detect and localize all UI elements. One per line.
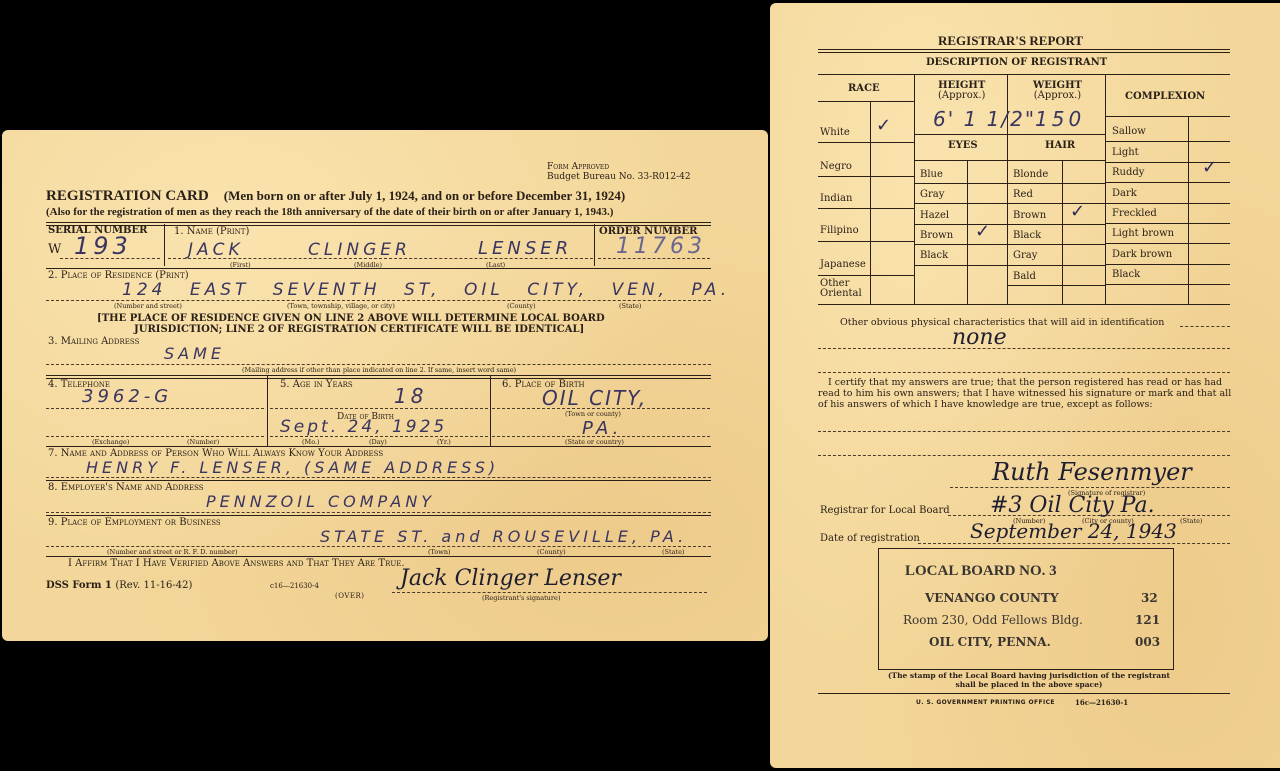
serial-prefix: W <box>48 242 61 257</box>
dashed-line <box>168 258 593 259</box>
checkmark-icon: ✓ <box>876 115 891 136</box>
divider <box>1105 284 1230 285</box>
stamp-line-3: Room 230, Odd Fellows Bldg. <box>903 613 1083 627</box>
height-value: 6' 1 1/2" <box>933 107 1036 131</box>
checkmark-icon: ✓ <box>975 221 990 242</box>
complexion-dark-brown: Dark brown <box>1112 249 1172 260</box>
registrant-signature: Jack Clinger Lenser <box>400 566 621 591</box>
stamp-line-2-number: 32 <box>1141 591 1158 605</box>
divider <box>914 160 1105 161</box>
hair-brown: Brown <box>1013 210 1046 221</box>
dashed-line <box>46 477 711 478</box>
complexion-dark: Dark <box>1112 188 1137 199</box>
hair-bald: Bald <box>1013 271 1036 282</box>
local-board-label: Registrar for Local Board <box>820 505 950 516</box>
divider <box>1105 141 1230 142</box>
caption-town-county: (Town or county) <box>565 410 621 418</box>
name-first: JACK <box>188 240 244 260</box>
divider <box>1105 264 1230 265</box>
card-title: REGISTRATION CARD <box>46 188 209 204</box>
name-last: LENSER <box>478 238 572 259</box>
divider <box>1007 244 1105 245</box>
dashed-line <box>46 512 711 513</box>
divider <box>594 224 595 266</box>
height-header: HEIGHT (Approx.) <box>938 81 985 101</box>
divider <box>1007 224 1105 225</box>
complexion-black: Black <box>1112 269 1140 280</box>
complexion-light-brown: Light brown <box>1112 228 1174 239</box>
gpo-code: 16c—21630-1 <box>1075 698 1128 707</box>
eyes-brown: Brown <box>920 230 953 241</box>
divider <box>1105 116 1230 117</box>
divider <box>914 74 915 304</box>
checkmark-icon: ✓ <box>1070 201 1085 222</box>
divider <box>1105 182 1230 183</box>
caption-state-country: (State or country) <box>565 438 624 446</box>
stamp-line-2: VENANGO COUNTY <box>925 591 1059 605</box>
complexion-light: Light <box>1112 147 1139 158</box>
stamp-note-line-1: (The stamp of the Local Board having jur… <box>876 671 1182 680</box>
other-characteristics-value: none <box>952 325 1007 350</box>
certification-statement: I certify that my answers are true; that… <box>818 377 1233 410</box>
dob-value: Sept. 24, 1925 <box>280 417 447 437</box>
local-board-stamp: LOCAL BOARD NO. 3 VENANGO COUNTY 32 Room… <box>878 548 1174 670</box>
stamp-line-4: OIL CITY, PENNA. <box>929 635 1051 649</box>
residence-value: 124 EAST SEVENTH ST, OIL CITY, VEN, PA. <box>122 280 730 300</box>
divider <box>870 101 871 304</box>
form-id: DSS Form 1 (Rev. 11-16-42) <box>46 580 192 591</box>
divider <box>818 304 1230 305</box>
divider <box>818 101 914 102</box>
stamp-line-4-number: 003 <box>1135 635 1160 649</box>
dashed-line <box>492 436 710 437</box>
birthplace-town: OIL CITY, <box>542 386 647 410</box>
divider <box>46 446 711 447</box>
divider <box>1007 203 1105 204</box>
contact-value: HENRY F. LENSER, (SAME ADDRESS) <box>86 458 499 477</box>
divider <box>818 693 1230 694</box>
residence-note-2: JURISDICTION; LINE 2 OF REGISTRATION CER… <box>134 324 584 335</box>
stamp-note-line-2: shall be placed in the above space) <box>876 680 1182 689</box>
race-other-oriental: Other Oriental <box>820 279 872 299</box>
local-board-value: #3 Oil City Pa. <box>990 493 1155 518</box>
divider <box>818 176 914 177</box>
print-code: c16—21630-4 <box>270 582 319 590</box>
weight-header: WEIGHT (Approx.) <box>1033 81 1082 101</box>
race-white: White <box>820 127 850 138</box>
divider <box>1062 160 1063 304</box>
hair-header: HAIR <box>1045 140 1075 151</box>
form-approved-label: Form Approved <box>547 162 691 172</box>
caption-year: (Yr.) <box>437 438 451 446</box>
caption-town: (Town, township, village, or city) <box>287 302 395 310</box>
caption-rfd: (Number and street or R. F. D. number) <box>107 548 238 556</box>
employer-value: PENNZOIL COMPANY <box>206 492 435 511</box>
caption-state: (State) <box>619 302 641 310</box>
divider <box>818 74 1230 75</box>
divider <box>914 183 1009 184</box>
hair-black: Black <box>1013 230 1041 241</box>
race-filipino: Filipino <box>820 225 859 236</box>
complexion-header: COMPLEXION <box>1125 91 1205 102</box>
caption-signature: (Registrant's signature) <box>482 594 560 602</box>
date-of-registration-value: September 24, 1943 <box>970 519 1177 543</box>
eyes-blue: Blue <box>920 169 943 180</box>
divider <box>914 203 1009 204</box>
divider <box>818 142 914 143</box>
caption-number: (Number) <box>187 438 219 446</box>
employer-label: 8. Employer's Name and Address <box>48 482 204 493</box>
dashed-line <box>46 300 711 301</box>
dashed-line <box>60 258 160 259</box>
dashed-line <box>270 436 488 437</box>
complexion-ruddy: Ruddy <box>1112 167 1144 178</box>
caption-number-street: (Number and street) <box>114 302 182 310</box>
eyes-header: EYES <box>948 140 978 151</box>
card-title-row: REGISTRATION CARD (Men born on or after … <box>46 185 625 205</box>
name-label: 1. Name (Print) <box>174 226 249 237</box>
divider <box>914 244 1009 245</box>
race-japanese: Japanese <box>820 259 866 270</box>
caption-state: (State) <box>1180 517 1202 525</box>
dashed-line <box>598 258 710 259</box>
name-middle: CLINGER <box>308 240 411 260</box>
divider <box>46 375 711 379</box>
eyes-gray: Gray <box>920 189 944 200</box>
form-revision: (Rev. 11-16-42) <box>115 580 192 591</box>
dashed-line <box>818 348 1230 349</box>
dashed-line <box>392 592 707 593</box>
divider <box>1105 74 1106 304</box>
divider <box>1105 243 1230 244</box>
caption-exchange: (Exchange) <box>92 438 129 446</box>
employment-label: 9. Place of Employment or Business <box>48 517 221 528</box>
age-label: 5. Age in Years <box>280 379 353 390</box>
divider <box>164 224 165 266</box>
divider <box>967 160 968 304</box>
complexion-freckled: Freckled <box>1112 208 1157 219</box>
dashed-line <box>46 408 264 409</box>
hair-gray: Gray <box>1013 250 1037 261</box>
divider <box>46 268 711 269</box>
weight-approx: (Approx.) <box>1033 91 1082 101</box>
mailing-address-label: 3. Mailing Address <box>48 336 139 347</box>
divider <box>46 515 711 516</box>
budget-bureau-number: Budget Bureau No. 33-R012-42 <box>547 172 691 182</box>
divider <box>1007 265 1105 266</box>
age-value: 18 <box>394 384 427 408</box>
form-id-label: DSS Form 1 <box>46 580 112 591</box>
dashed-line <box>950 487 1230 488</box>
card-title-sub: (Men born on or after July 1, 1924, and … <box>224 188 625 203</box>
checkmark-icon: ✓ <box>1202 157 1217 178</box>
mailing-caption: (Mailing address if other than place ind… <box>242 366 516 374</box>
hair-blonde: Blonde <box>1013 169 1048 180</box>
dashed-line <box>492 408 710 409</box>
caption-month: (Mo.) <box>302 438 320 446</box>
divider <box>267 376 268 446</box>
divider <box>1105 203 1230 204</box>
divider <box>818 49 1230 53</box>
dashed-line <box>818 372 1230 373</box>
caption-county-2: (County) <box>537 548 566 556</box>
divider <box>46 480 711 481</box>
form-approved: Form Approved Budget Bureau No. 33-R012-… <box>547 162 691 182</box>
employment-value: STATE ST. and ROUSEVILLE, PA. <box>320 527 687 546</box>
telephone-value: 3962-G <box>82 386 172 407</box>
race-negro: Negro <box>820 161 852 172</box>
stamp-line-3-number: 121 <box>1135 613 1160 627</box>
over-label: (OVER) <box>335 592 365 600</box>
divider <box>818 208 914 209</box>
residence-note-1: [THE PLACE OF RESIDENCE GIVEN ON LINE 2 … <box>97 313 605 324</box>
weight-value: 150 <box>1035 107 1085 131</box>
serial-number-value: 193 <box>74 232 132 260</box>
dashed-line <box>46 364 711 365</box>
eyes-hazel: Hazel <box>920 210 949 221</box>
stamp-note: (The stamp of the Local Board having jur… <box>876 671 1182 689</box>
caption-county: (County) <box>507 302 536 310</box>
divider <box>818 275 914 276</box>
complexion-sallow: Sallow <box>1112 126 1146 137</box>
report-subtitle: DESCRIPTION OF REGISTRANT <box>926 57 1107 68</box>
dashed-line <box>818 431 1230 432</box>
divider <box>1105 223 1230 224</box>
mailing-address-value: SAME <box>164 344 225 363</box>
dashed-line <box>918 543 1230 544</box>
hair-red: Red <box>1013 189 1033 200</box>
caption-day: (Day) <box>369 438 387 446</box>
stamp-line-1: LOCAL BOARD NO. 3 <box>905 563 1057 580</box>
card-subtitle: (Also for the registration of men as the… <box>46 206 613 218</box>
date-of-registration-label: Date of registration <box>820 533 920 544</box>
divider <box>490 376 491 446</box>
divider <box>1188 116 1189 304</box>
divider <box>818 241 914 242</box>
report-title: REGISTRAR'S REPORT <box>938 33 1083 49</box>
affirm-statement: I Affirm That I Have Verified Above Answ… <box>68 558 405 569</box>
caption-state-2: (State) <box>662 548 684 556</box>
divider <box>1007 183 1105 184</box>
race-header: RACE <box>848 83 880 94</box>
dashed-line <box>46 546 711 547</box>
divider <box>914 134 1105 135</box>
dashed-line <box>46 436 264 437</box>
registration-card-front: Form Approved Budget Bureau No. 33-R012-… <box>2 130 768 641</box>
registrar-signature: Ruth Fesenmyer <box>992 458 1192 486</box>
order-number-value: 11763 <box>616 234 706 259</box>
divider <box>914 265 1009 266</box>
divider <box>914 224 1009 225</box>
gpo-label: U. S. GOVERNMENT PRINTING OFFICE <box>916 699 1055 706</box>
divider <box>46 556 711 557</box>
divider <box>1007 285 1105 286</box>
race-indian: Indian <box>820 193 852 204</box>
registrars-report-back: REGISTRAR'S REPORT DESCRIPTION OF REGIST… <box>770 3 1280 768</box>
dashed-line <box>270 408 488 409</box>
eyes-black: Black <box>920 250 948 261</box>
dashed-line <box>1180 326 1230 327</box>
caption-town-2: (Town) <box>428 548 451 556</box>
height-approx: (Approx.) <box>938 91 985 101</box>
dashed-line <box>818 455 1230 456</box>
